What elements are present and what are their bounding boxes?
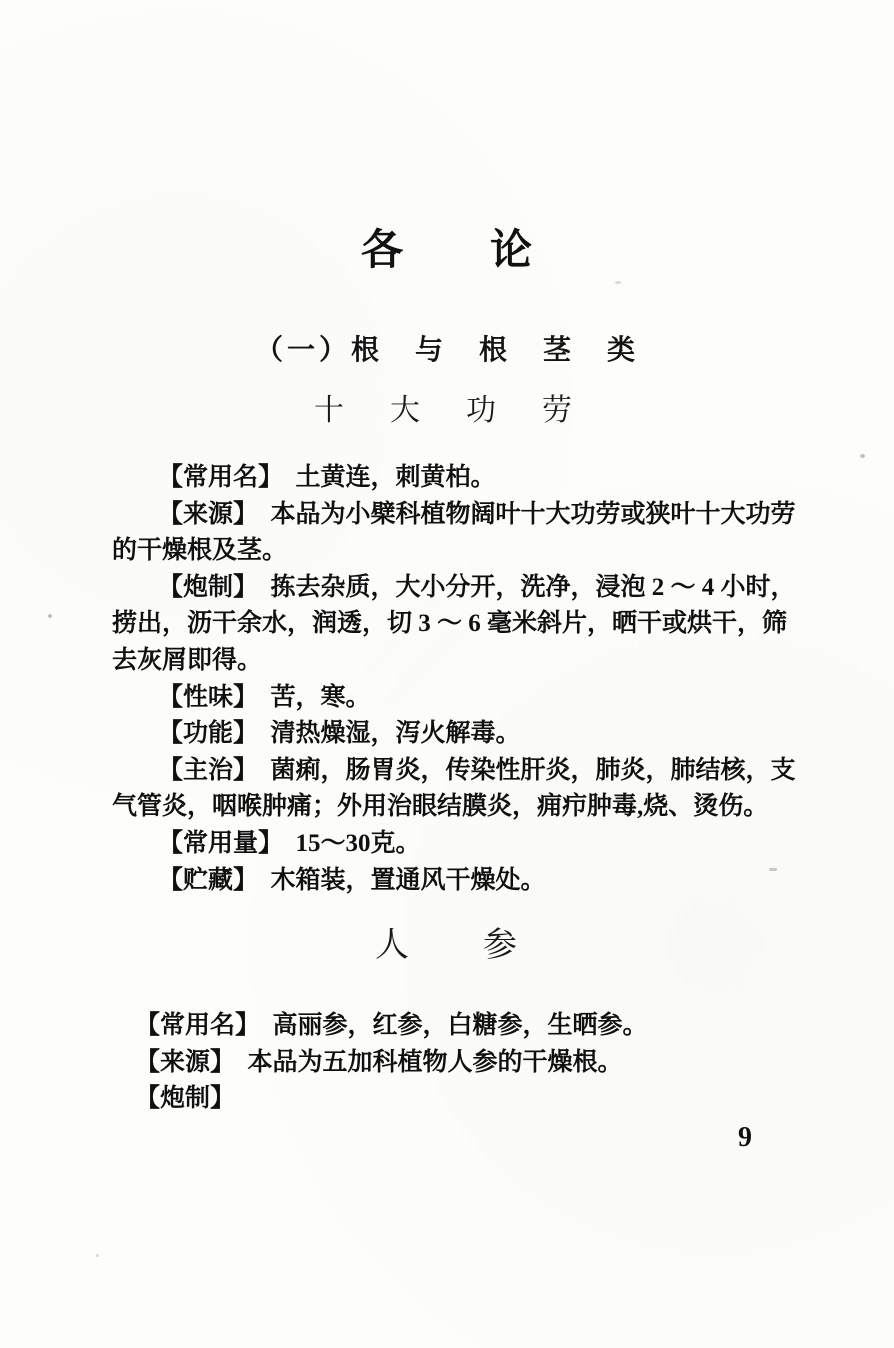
scan-speck: [860, 454, 865, 458]
scan-speck: [96, 1254, 99, 1257]
entry-body-shidagonglao: 【常用名】 土黄连，刺黄柏。 【来源】 本品为小檗科植物阔叶十大功劳或狭叶十大功…: [112, 460, 812, 899]
text-line: 【炮制】 拣去杂质，大小分开，洗净，浸泡 2 ～ 4 小时，: [112, 570, 812, 607]
section-heading: （一）根 与 根 茎 类: [0, 331, 894, 369]
text-line: 【主治】 菌痢，肠胃炎，传染性肝炎，肺炎，肺结核，支: [112, 753, 812, 790]
page-title: 各 论: [0, 224, 894, 278]
text-line: 【常用名】 土黄连，刺黄柏。: [112, 460, 812, 497]
entry-heading-shidagonglao: 十 大 功 劳: [0, 391, 894, 431]
text-line: 【炮制】: [112, 1081, 812, 1118]
entry-body-renshen: 【常用名】 高丽参，红参，白糖参，生晒参。 【来源】 本品为五加科植物人参的干燥…: [112, 1008, 812, 1118]
scan-speck: [615, 281, 621, 284]
text-line: 的干燥根及茎。: [112, 533, 812, 570]
scan-speck: [769, 868, 777, 871]
entry-heading-renshen: 人 参: [0, 924, 894, 968]
text-line: 【来源】 本品为五加科植物人参的干燥根。: [112, 1045, 812, 1082]
text-line: 【来源】 本品为小檗科植物阔叶十大功劳或狭叶十大功劳: [112, 497, 812, 534]
text-line: 去灰屑即得。: [112, 643, 812, 680]
text-line: 【常用名】 高丽参，红参，白糖参，生晒参。: [112, 1008, 812, 1045]
text-line: 【常用量】 15～30克。: [112, 826, 812, 863]
scan-speck: [48, 614, 52, 618]
text-line: 【性味】 苦，寒。: [112, 680, 812, 717]
text-line: 捞出，沥干余水，润透，切 3 ～ 6 毫米斜片，晒干或烘干，筛: [112, 606, 812, 643]
book-page: 各 论 （一）根 与 根 茎 类 十 大 功 劳 【常用名】 土黄连，刺黄柏。 …: [0, 0, 894, 1348]
text-line: 【功能】 清热燥湿，泻火解毒。: [112, 716, 812, 753]
page-number: 9: [723, 1122, 767, 1154]
text-line: 【贮藏】 木箱装，置通风干燥处。: [112, 863, 812, 900]
text-line: 气管炎，咽喉肿痛；外用治眼结膜炎，痈疖肿毒,烧、烫伤。: [112, 789, 812, 826]
